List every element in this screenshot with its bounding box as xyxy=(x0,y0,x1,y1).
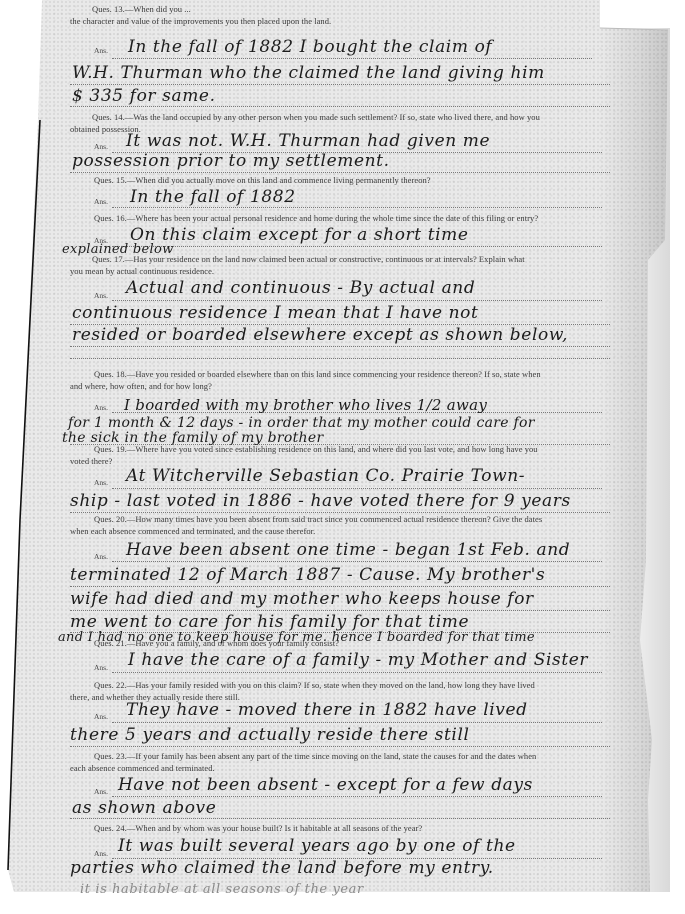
answer-13-line3: $ 335 for same. xyxy=(72,86,216,106)
question-23-line1: Ques. 23.—If your family has been absent… xyxy=(94,750,536,762)
answer-rule xyxy=(70,610,610,611)
question-23-line2: each absence commenced and terminated. xyxy=(70,762,215,774)
answer-23-line2: as shown above xyxy=(72,798,216,818)
question-20-line2: when each absence commenced and terminat… xyxy=(70,525,315,537)
answer-rule xyxy=(112,722,602,723)
answer-17-line3: resided or boarded elsewhere except as s… xyxy=(72,325,568,345)
answer-rule xyxy=(70,84,610,85)
question-19-line1: Ques. 19.—Where have you voted since est… xyxy=(94,443,538,455)
answer-rule xyxy=(70,746,610,747)
answer-label: Ans. xyxy=(94,712,108,721)
answer-rule xyxy=(70,346,610,347)
answer-label: Ans. xyxy=(94,663,108,672)
answer-20-line3: wife had died and my mother who keeps ho… xyxy=(70,589,534,609)
answer-19-line1: At Witcherville Sebastian Co. Prairie To… xyxy=(126,466,525,486)
answer-rule xyxy=(112,672,602,673)
answer-label: Ans. xyxy=(94,849,108,858)
answer-rule xyxy=(70,358,610,359)
question-17-line2: you mean by actual continuous residence. xyxy=(70,265,214,277)
question-19-line2: voted there? xyxy=(70,455,112,467)
answer-label: Ans. xyxy=(94,403,108,412)
answer-24-line2: parties who claimed the land before my e… xyxy=(70,858,494,878)
answer-17-line2: continuous residence I mean that I have … xyxy=(72,303,478,323)
answer-14-line2: possession prior to my settlement. xyxy=(72,151,390,171)
question-22-line1: Ques. 22.—Has your family resided with y… xyxy=(94,679,535,691)
answer-label: Ans. xyxy=(94,787,108,796)
question-18-line1: Ques. 18.—Have you resided or boarded el… xyxy=(94,368,541,380)
answer-22-line1: They have - moved there in 1882 have liv… xyxy=(126,700,528,720)
answer-17-line1: Actual and continuous - By actual and xyxy=(126,278,475,298)
question-13-line1: Ques. 13.—When did you ... xyxy=(92,3,191,15)
answer-rule xyxy=(112,58,592,59)
question-14-line1: Ques. 14.—Was the land occupied by any o… xyxy=(92,111,540,123)
answer-rule xyxy=(70,818,610,819)
answer-19-line2: ship - last voted in 1886 - have voted t… xyxy=(70,491,571,511)
question-20-line1: Ques. 20.—How many times have you been a… xyxy=(94,513,542,525)
answer-rule xyxy=(112,207,602,208)
answer-20-line2: terminated 12 of March 1887 - Cause. My … xyxy=(70,565,545,585)
question-21: Ques. 21.—Have you a family, and of whom… xyxy=(94,637,339,649)
answer-21-line1: I have the care of a family - my Mother … xyxy=(128,650,588,670)
answer-label: Ans. xyxy=(94,478,108,487)
answer-15-line1: In the fall of 1882 xyxy=(130,187,296,207)
answer-label: Ans. xyxy=(94,291,108,300)
question-16: Ques. 16.—Where has been your actual per… xyxy=(94,212,538,224)
answer-16-line1: On this claim except for a short time xyxy=(130,225,469,245)
answer-rule xyxy=(112,796,602,797)
answer-rule xyxy=(112,561,602,562)
answer-rule xyxy=(70,172,610,173)
answer-rule xyxy=(70,586,610,587)
answer-14-line1: It was not. W.H. Thurman had given me xyxy=(126,131,490,151)
answer-rule xyxy=(70,106,610,107)
answer-23-line1: Have not been absent - except for a few … xyxy=(118,775,533,795)
answer-22-line2: there 5 years and actually reside there … xyxy=(70,725,470,745)
answer-rule xyxy=(112,488,602,489)
answer-label: Ans. xyxy=(94,142,108,151)
answer-label: Ans. xyxy=(94,46,108,55)
answer-rule xyxy=(112,300,602,301)
answer-label: Ans. xyxy=(94,552,108,561)
answer-13-line2: W.H. Thurman who the claimed the land gi… xyxy=(72,63,545,83)
answer-24-line3: it is habitable at all seasons of the ye… xyxy=(80,880,364,900)
question-15: Ques. 15.—When did you actually move on … xyxy=(94,174,431,186)
answer-13-line1: In the fall of 1882 I bought the claim o… xyxy=(128,37,492,57)
answer-20-line1: Have been absent one time - began 1st Fe… xyxy=(126,540,570,560)
question-24: Ques. 24.—When and by whom was your hous… xyxy=(94,822,422,834)
answer-label: Ans. xyxy=(94,197,108,206)
question-17-line1: Ques. 17.—Has your residence on the land… xyxy=(92,253,525,265)
question-18-line2: and where, how often, and for how long? xyxy=(70,380,212,392)
answer-rule xyxy=(112,246,602,247)
answer-24-line1: It was built several years ago by one of… xyxy=(118,836,516,856)
answer-18-line1: I boarded with my brother who lives 1/2 … xyxy=(124,395,487,415)
question-13-line2: the character and value of the improveme… xyxy=(70,15,331,27)
